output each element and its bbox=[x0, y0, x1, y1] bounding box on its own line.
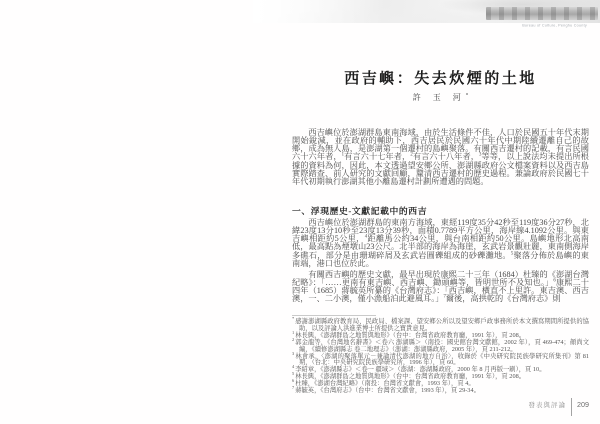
footnote-marker: * bbox=[292, 316, 294, 321]
footnote-marker: 5 bbox=[292, 371, 294, 376]
footnotes-list: *感謝澎湖縣政府教育局、民政局、檔案課、望安鄉公所以及望安鄉戶政事務所於本文撰寫… bbox=[292, 319, 589, 395]
page-footer: 發表與評論 209 bbox=[529, 398, 590, 416]
coastline-photo-strip bbox=[486, 7, 598, 20]
footnote-marker: 3 bbox=[292, 351, 294, 356]
page-number: 209 bbox=[577, 398, 589, 409]
header-photo-caption: Bureau of Culture, Penghu County bbox=[488, 24, 587, 28]
author-footnote-symbol: * bbox=[466, 93, 469, 98]
section-heading-1: 一、浮現歷史-文獻記載中的西吉 bbox=[292, 204, 589, 217]
scanned-paper-page: Bureau of Culture, Penghu County 西吉嶼：失去炊… bbox=[0, 0, 600, 424]
footnote-text: 感謝澎湖縣政府教育局、民政局、檔案課、望安鄉公所以及望安鄉戶政事務所於本文撰寫期… bbox=[295, 318, 589, 332]
footer-section-label: 發表與評論 bbox=[529, 398, 567, 409]
footnote-item: 2郭金龍等，《台灣地名辭書》＜卷六 澎湖縣＞（南投：國史館台灣文獻館，2002 … bbox=[292, 340, 589, 354]
footnote-text: 林會承，〈澎湖的聚落單元－兼論清代澎湖的地方自治〉，收錄於《中央研究院民族學研究… bbox=[295, 353, 589, 367]
paragraph-historical-records: 有關西吉嶼的歷史文獻，最早出現於康熙二十三年（1684）杜臻的《澎湖台灣紀略》：… bbox=[292, 271, 589, 304]
footnote-reference: 3 bbox=[479, 153, 481, 158]
footnotes-section: *感謝澎湖縣政府教育局、民政局、檔案課、望安鄉公所以及望安鄉戶政事務所於本文撰寫… bbox=[292, 315, 589, 395]
article-author: 許 玉 河* bbox=[292, 92, 589, 103]
footnote-text: 林長興，《澎湖群島之地質與地形》（台中：台灣省政府教育廳，1991 年），頁 2… bbox=[295, 332, 525, 339]
footnote-marker: 6 bbox=[292, 378, 294, 383]
footnote-marker: 2 bbox=[292, 337, 294, 342]
footnote-text: 郭金龍等，《台灣地名辭書》＜卷六 澎湖縣＞（南投：國史館台灣文獻館，2002 年… bbox=[295, 339, 589, 353]
footnote-reference: 7 bbox=[443, 295, 445, 300]
author-name: 許 玉 河 bbox=[413, 93, 466, 102]
footnote-item: 7蔣毓英，《台灣府志》（台中：台灣省文獻會，1993 年），頁 29-34。 bbox=[292, 388, 589, 395]
footnote-reference: 6 bbox=[553, 278, 555, 283]
paragraph-geography: 西吉嶼位於澎湖群島的東南方海域，東經119度35分42秒至119度36分27秒，… bbox=[292, 219, 589, 268]
footnote-reference: 1 bbox=[342, 153, 344, 158]
footnote-marker: 1 bbox=[292, 330, 294, 335]
article-title: 西吉嶼：失去炊煙的土地 bbox=[292, 67, 589, 88]
footnote-reference: 5 bbox=[511, 251, 513, 256]
footnote-marker: 4 bbox=[292, 364, 294, 369]
paragraph-intro: 西吉嶼位於澎湖群島東南海域，由於生活條件不佳，人口於民國五十年代末期開始銳減，並… bbox=[292, 129, 589, 186]
footnote-text: 蔣毓英，《台灣府志》（台中：台灣省文獻會，1993 年），頁 29-34。 bbox=[295, 387, 480, 394]
footnote-item: *感謝澎湖縣政府教育局、民政局、檔案課、望安鄉公所以及望安鄉戶政事務所於本文撰寫… bbox=[292, 319, 589, 333]
footnote-reference: 4 bbox=[365, 235, 367, 240]
footnote-reference: 2 bbox=[410, 153, 412, 158]
header-banner-photo bbox=[253, 0, 600, 23]
footnote-marker: 7 bbox=[292, 385, 294, 390]
footnote-separator-rule bbox=[292, 315, 376, 316]
footer-divider-bar bbox=[571, 398, 572, 416]
